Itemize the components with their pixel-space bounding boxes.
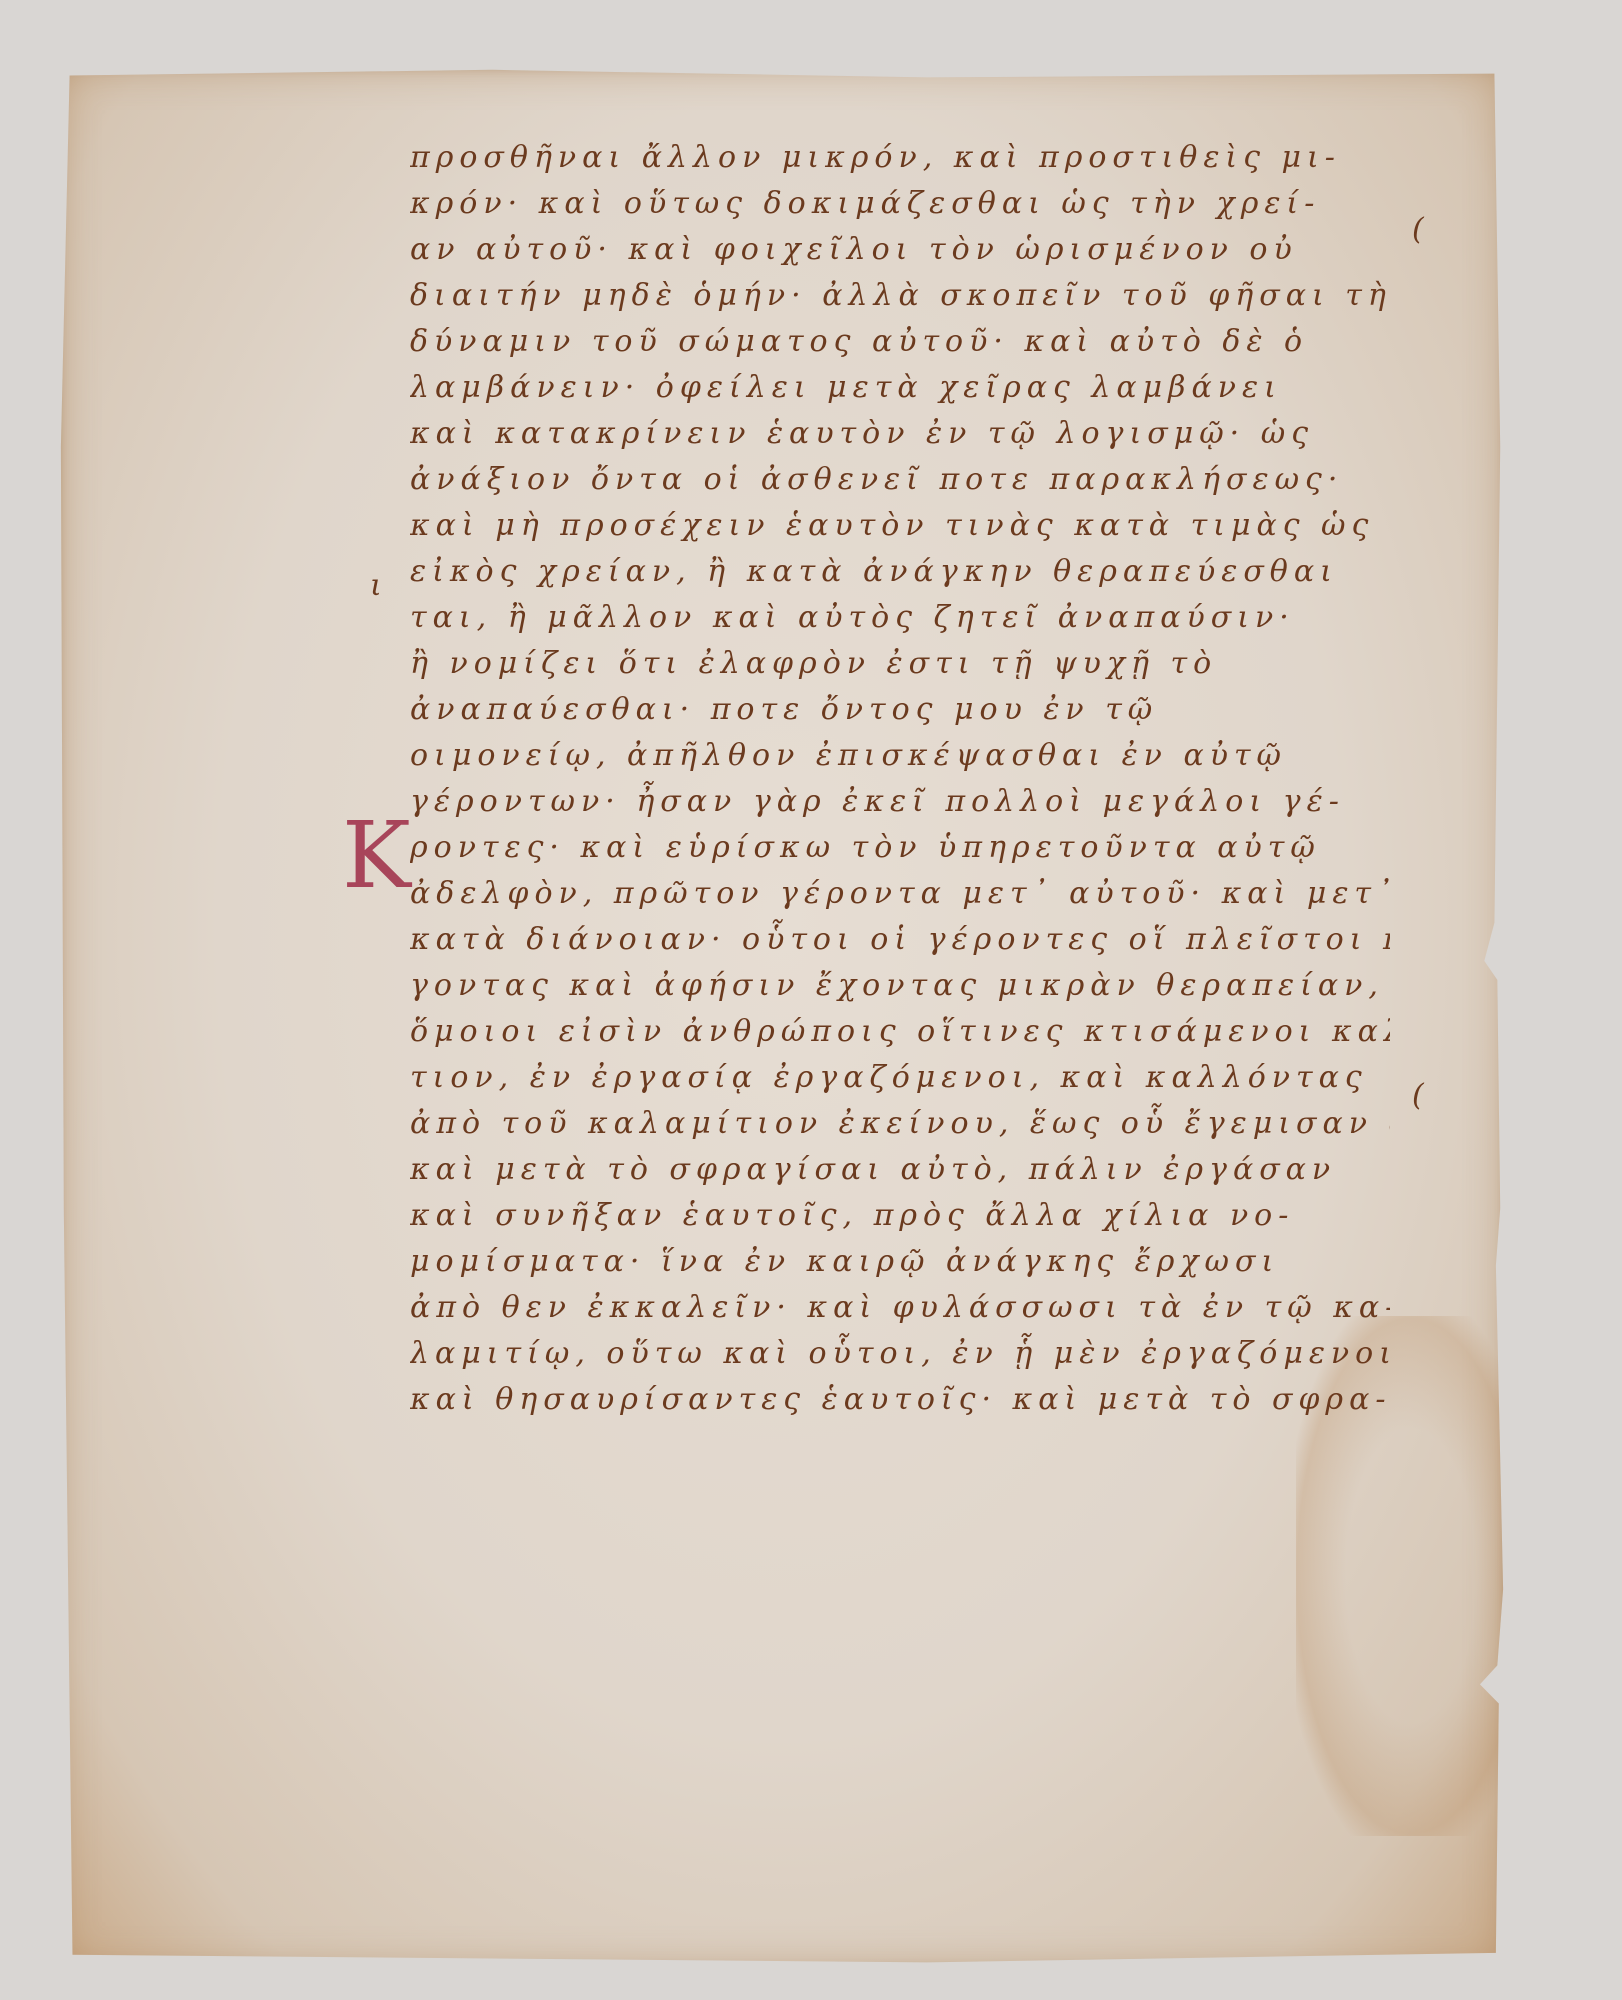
text-line: δύναμιν τοῦ σώματος αὐτοῦ· καὶ αὐτὸ δὲ ὁ [410, 319, 1390, 365]
text-line: γοντας καὶ ἀφήσιν ἔχοντας μικρὰν θεραπεί… [410, 963, 1390, 1009]
text-line: καὶ μετὰ τὸ σφραγίσαι αὐτὸ, πάλιν ἐργάσα… [410, 1147, 1390, 1193]
text-line: καὶ θησαυρίσαντες ἑαυτοῖς· καὶ μετὰ τὸ σ… [410, 1377, 1390, 1423]
rubricated-initial: Κ [342, 810, 411, 902]
text-line: ροντες· καὶ εὑρίσκω τὸν ὑπηρετοῦντα αὐτῷ [410, 825, 1390, 871]
margin-mark: ( [1412, 212, 1424, 247]
text-line: κατὰ διάνοιαν· οὗτοι οἱ γέροντες οἵ πλεῖ… [410, 917, 1390, 963]
text-line: ὅμοιοι εἰσὶν ἀνθρώποις οἵτινες κτισάμενο… [410, 1009, 1390, 1055]
text-line: ἀδελφὸν, πρῶτον γέροντα μετ᾽ αὐτοῦ· καὶ … [410, 871, 1390, 917]
text-line: τιον, ἐν ἐργασίᾳ ἐργαζόμενοι, καὶ καλλόν… [410, 1055, 1390, 1101]
text-line: καὶ συνῆξαν ἑαυτοῖς, πρὸς ἄλλα χίλια νο- [410, 1193, 1390, 1239]
text-line: λαμβάνειν· ὀφείλει μετὰ χεῖρας λαμβάνει [410, 365, 1390, 411]
text-line: ἀπὸ θεν ἐκκαλεῖν· καὶ φυλάσσωσι τὰ ἐν τῷ… [410, 1285, 1390, 1331]
text-line: προσθῆναι ἄλλον μικρόν, καὶ προστιθεὶς μ… [410, 135, 1390, 181]
margin-mark: ( [1412, 1078, 1424, 1113]
text-line: οιμονείῳ, ἀπῆλθον ἐπισκέψασθαι ἐν αὐτῷ [410, 733, 1390, 779]
text-line: γέροντων· ἦσαν γὰρ ἐκεῖ πολλοὶ μεγάλοι γ… [410, 779, 1390, 825]
text-line: κρόν· καὶ οὕτως δοκιμάζεσθαι ὡς τὴν χρεί… [410, 181, 1390, 227]
text-line: μομίσματα· ἵνα ἐν καιρῷ ἀνάγκης ἔρχωσι [410, 1239, 1390, 1285]
text-line: ἀνάξιον ὄντα οἱ ἀσθενεῖ ποτε παρακλήσεως… [410, 457, 1390, 503]
text-line: ἀπὸ τοῦ καλαμίτιον ἐκείνου, ἕως οὗ ἔγεμι… [410, 1101, 1390, 1147]
text-line: διαιτήν μηδὲ ὁμήν· ἀλλὰ σκοπεῖν τοῦ φῆσα… [410, 273, 1390, 319]
text-line: ἀναπαύεσθαι· ποτε ὄντος μου ἐν τῷ [410, 687, 1390, 733]
manuscript-text: προσθῆναι ἄλλον μικρόν, καὶ προστιθεὶς μ… [410, 135, 1390, 1423]
text-line: καὶ μὴ προσέχειν ἑαυτὸν τινὰς κατὰ τιμὰς… [410, 503, 1390, 549]
text-line: λαμιτίῳ, οὕτω καὶ οὗτοι, ἐν ᾗ μὲν ἐργαζό… [410, 1331, 1390, 1377]
text-line: εἰκὸς χρείαν, ἢ κατὰ ἀνάγκην θεραπεύεσθα… [410, 549, 1390, 595]
text-line: ται, ἢ μᾶλλον καὶ αὐτὸς ζητεῖ ἀναπαύσιν· [410, 595, 1390, 641]
text-line: ἢ νομίζει ὅτι ἐλαφρὸν ἐστι τῇ ψυχῇ τὸ [410, 641, 1390, 687]
text-line: καὶ κατακρίνειν ἑαυτὸν ἐν τῷ λογισμῷ· ὡς [410, 411, 1390, 457]
text-line: αν αὐτοῦ· καὶ φοιχεῖλοι τὸν ὡρισμένον οὐ [410, 227, 1390, 273]
margin-mark: ι [370, 568, 382, 603]
